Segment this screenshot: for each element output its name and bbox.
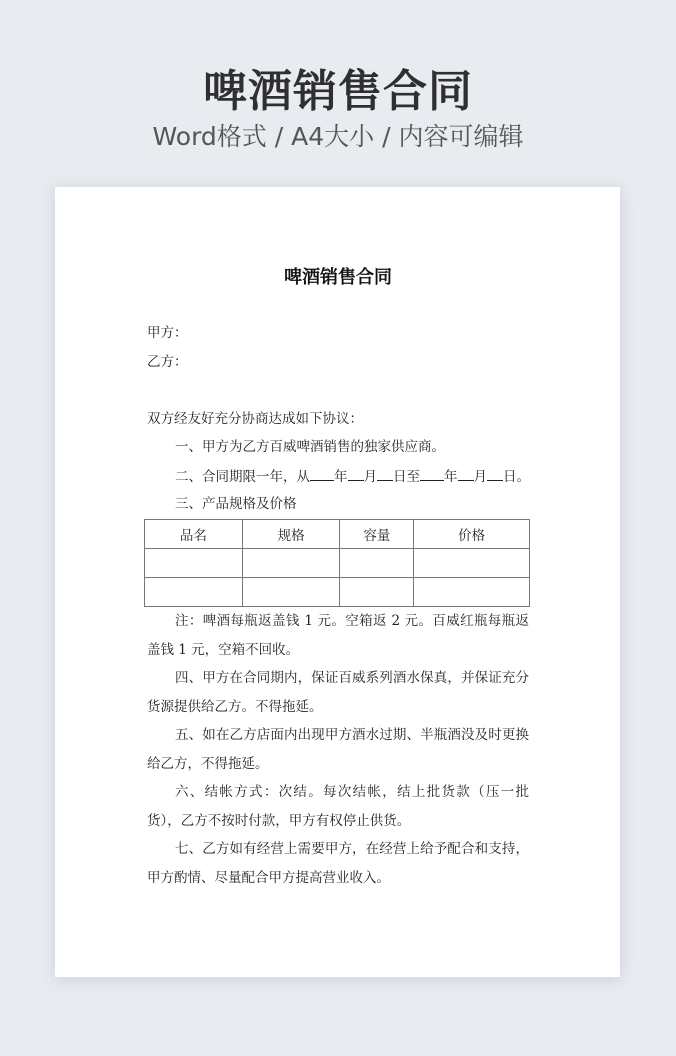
year-blank-2[interactable] bbox=[420, 466, 444, 481]
year-label-1: 年 bbox=[334, 469, 348, 485]
table-row bbox=[145, 549, 530, 578]
day-blank-2[interactable] bbox=[487, 466, 503, 481]
table-row bbox=[145, 578, 530, 607]
year-blank-1[interactable] bbox=[310, 466, 334, 481]
month-blank-1[interactable] bbox=[348, 466, 364, 481]
clause-7: 七、乙方如有经营上需要甲方，在经营上给予配合和支持，甲方酌情、尽量配合甲方提高营… bbox=[147, 835, 529, 892]
month-label-2: 月 bbox=[474, 469, 488, 485]
table-cell[interactable] bbox=[340, 549, 414, 578]
year-label-2: 年 bbox=[444, 469, 458, 485]
clause-6: 六、结帐方式：次结。每次结帐，结上批货款（压一批货），乙方不按时付款，甲方有权停… bbox=[147, 778, 529, 835]
month-blank-2[interactable] bbox=[458, 466, 474, 481]
clause-2-prefix: 二、合同期限一年，从 bbox=[175, 469, 310, 485]
document-title: 啤酒销售合同 bbox=[147, 263, 529, 289]
table-cell[interactable] bbox=[145, 549, 243, 578]
day-end-label: 日。 bbox=[503, 469, 530, 485]
table-cell[interactable] bbox=[242, 578, 340, 607]
banner-subtitle: Word格式 / A4大小 / 内容可编辑 bbox=[0, 120, 676, 154]
clause-5: 五、如在乙方店面内出现甲方酒水过期、半瓶酒没及时更换给乙方，不得拖延。 bbox=[147, 721, 529, 778]
table-cell[interactable] bbox=[145, 578, 243, 607]
banner-title: 啤酒销售合同 bbox=[0, 64, 676, 120]
header-spec: 规格 bbox=[242, 520, 340, 549]
note-paragraph: 注：啤酒每瓶返盖钱 1 元。空箱返 2 元。百威红瓶每瓶返盖钱 1 元，空箱不回… bbox=[147, 607, 529, 664]
table-cell[interactable] bbox=[414, 578, 530, 607]
header-price: 价格 bbox=[414, 520, 530, 549]
table-header-row: 品名 规格 容量 价格 bbox=[145, 520, 530, 549]
clause-2: 二、合同期限一年，从年月日至年月日。 bbox=[175, 466, 530, 487]
day-to-label: 日至 bbox=[393, 469, 420, 485]
party-b-label: 乙方： bbox=[147, 352, 188, 372]
clause-3: 三、产品规格及价格 bbox=[175, 494, 297, 514]
table-cell[interactable] bbox=[340, 578, 414, 607]
header-capacity: 容量 bbox=[340, 520, 414, 549]
day-blank-1[interactable] bbox=[377, 466, 393, 481]
table-cell[interactable] bbox=[242, 549, 340, 578]
month-label-1: 月 bbox=[364, 469, 378, 485]
header-product-name: 品名 bbox=[145, 520, 243, 549]
intro-text: 双方经友好充分协商达成如下协议： bbox=[147, 409, 363, 429]
table-cell[interactable] bbox=[414, 549, 530, 578]
product-spec-table: 品名 规格 容量 价格 bbox=[144, 519, 530, 607]
clause-1: 一、甲方为乙方百威啤酒销售的独家供应商。 bbox=[175, 437, 445, 457]
party-a-label: 甲方： bbox=[147, 323, 188, 343]
clause-4: 四、甲方在合同期内，保证百威系列酒水保真，并保证充分货源提供给乙方。不得拖延。 bbox=[147, 664, 529, 721]
document-page: 啤酒销售合同 甲方： 乙方： 双方经友好充分协商达成如下协议： 一、甲方为乙方百… bbox=[55, 187, 620, 977]
